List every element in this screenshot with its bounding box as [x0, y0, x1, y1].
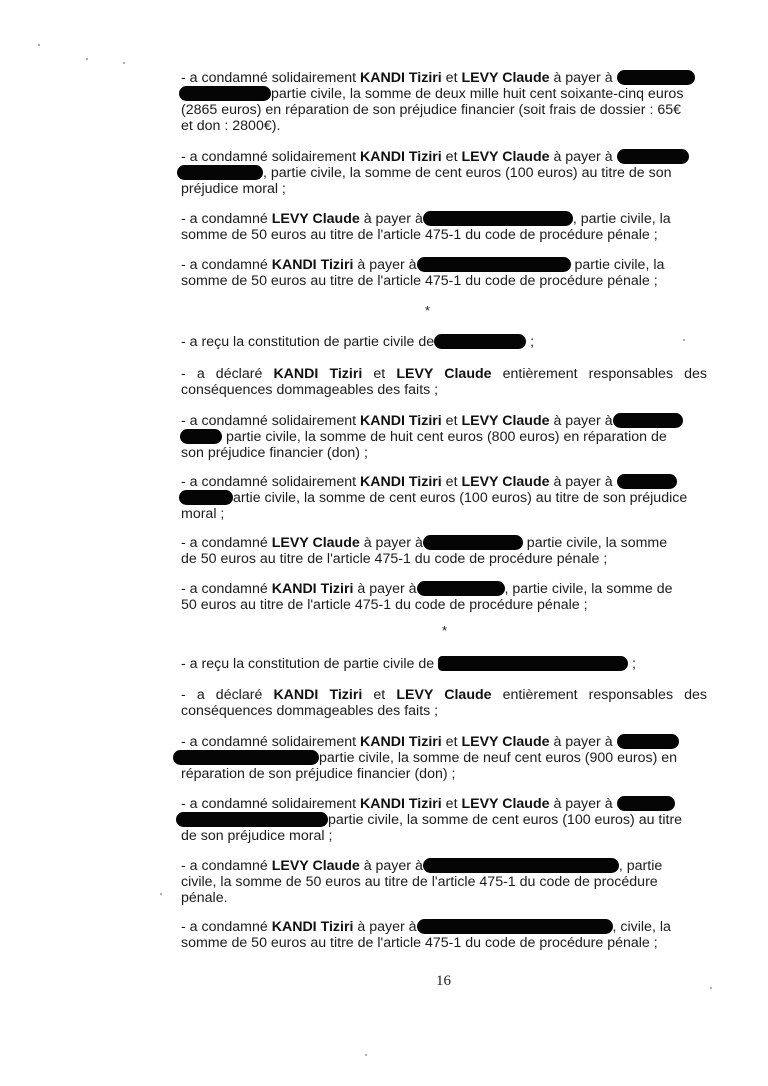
scan-speck: [365, 1054, 367, 1056]
paragraph-line: pénale.: [181, 890, 228, 906]
paragraph-line: - a condamné solidairement KANDI Tiziri …: [181, 796, 675, 812]
redaction: [617, 474, 677, 489]
paragraph-line: de son préjudice moral ;: [181, 828, 332, 844]
redaction: [176, 812, 328, 827]
paragraph-line: artie civile, la somme de cent euros (10…: [181, 490, 687, 506]
redaction: [438, 656, 628, 671]
scan-speck: [683, 339, 685, 341]
paragraph-line: - a déclaré KANDI Tiziri et LEVY Claude …: [181, 687, 707, 703]
paragraph-line: et don : 2800€).: [181, 118, 280, 134]
paragraph-line: (2865 euros) en réparation de son préjud…: [181, 102, 681, 118]
redaction: [180, 429, 222, 444]
redaction: [613, 413, 683, 428]
section-separator: *: [442, 623, 447, 638]
paragraph-line: civile, la somme de 50 euros au titre de…: [181, 874, 658, 890]
paragraph-line: - a condamné solidairement KANDI Tiziri …: [181, 734, 679, 750]
paragraph-line: partie civile, la somme de huit cent eur…: [181, 429, 667, 445]
paragraph-line: conséquences dommageables des faits ;: [181, 382, 438, 398]
redaction: [423, 858, 619, 873]
scan-speck: [86, 58, 88, 60]
paragraph-line: - a condamné KANDI Tiziri à payer à, par…: [181, 581, 672, 597]
page-number: 16: [436, 973, 451, 990]
redaction: [617, 149, 689, 164]
paragraph-line: préjudice moral ;: [181, 181, 286, 197]
scan-speck: [710, 987, 712, 989]
paragraph-line: - a condamné LEVY Claude à payer à, part…: [181, 211, 671, 227]
paragraph-line: - a condamné solidairement KANDI Tiziri …: [181, 474, 677, 490]
redaction: [434, 334, 526, 349]
redaction: [417, 919, 613, 934]
redaction: [179, 490, 233, 505]
paragraph-line: partie civile, la somme de neuf cent eur…: [181, 750, 677, 766]
document-page: - a condamné solidairement KANDI Tiziri …: [0, 0, 768, 1086]
paragraph-line: - a condamné solidairement KANDI Tiziri …: [181, 413, 683, 429]
paragraph-line: - a condamné KANDI Tiziri à payer à, civ…: [181, 919, 671, 935]
paragraph-line: - a reçu la constitution de partie civil…: [181, 334, 534, 350]
redaction: [177, 165, 263, 180]
paragraph-line: somme de 50 euros au titre de l'article …: [181, 273, 658, 289]
paragraph-line: partie civile, la somme de deux mille hu…: [181, 86, 683, 102]
paragraph-line: somme de 50 euros au titre de l'article …: [181, 935, 658, 951]
paragraph-line: partie civile, la somme de cent euros (1…: [181, 812, 682, 828]
redaction: [179, 86, 271, 101]
paragraph-line: - a condamné solidairement KANDI Tiziri …: [181, 149, 689, 165]
paragraph-line: - a condamné LEVY Claude à payer à, part…: [181, 858, 662, 874]
redaction: [617, 734, 679, 749]
paragraph-line: - a condamné solidairement KANDI Tiziri …: [181, 70, 695, 86]
paragraph-line: 50 euros au titre de l'article 475-1 du …: [181, 597, 588, 613]
paragraph-line: - a condamné LEVY Claude à payer à parti…: [181, 535, 667, 551]
paragraph-line: - a reçu la constitution de partie civil…: [181, 656, 636, 672]
redaction: [423, 535, 523, 550]
paragraph-line: moral ;: [181, 506, 224, 522]
paragraph-line: réparation de son préjudice financier (d…: [181, 766, 455, 782]
paragraph-line: - a déclaré KANDI Tiziri et LEVY Claude …: [181, 366, 707, 382]
section-separator: *: [425, 303, 430, 318]
paragraph-line: de 50 euros au titre de l'article 475-1 …: [181, 551, 607, 567]
scan-speck: [123, 62, 125, 64]
redaction: [417, 257, 571, 272]
paragraph-line: conséquences dommageables des faits ;: [181, 703, 438, 719]
redaction: [173, 750, 319, 765]
paragraph-line: - a condamné KANDI Tiziri à payer à part…: [181, 257, 664, 273]
paragraph-line: son préjudice financier (don) ;: [181, 445, 368, 461]
redaction: [617, 796, 675, 811]
paragraph-line: , partie civile, la somme de cent euros …: [181, 165, 672, 181]
paragraph-line: somme de 50 euros au titre de l'article …: [181, 227, 658, 243]
redaction: [423, 211, 573, 226]
scan-speck: [38, 44, 40, 46]
redaction: [417, 581, 505, 596]
scan-speck: [160, 893, 162, 895]
redaction: [617, 70, 695, 85]
